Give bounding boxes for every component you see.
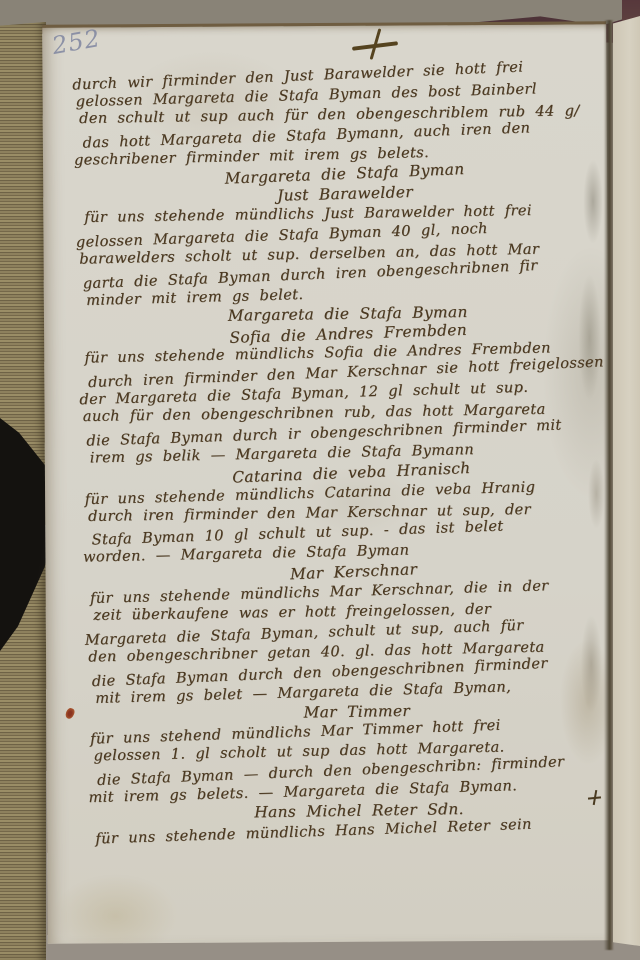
manuscript-text: durch wir firminder den Just Barawelder …	[72, 60, 609, 847]
photo-background: 252 durch wir firminder den Just Barawel…	[0, 0, 640, 960]
facing-page-edge	[613, 16, 640, 946]
cross-mark-icon	[352, 30, 400, 60]
margin-cross-icon	[588, 790, 602, 806]
